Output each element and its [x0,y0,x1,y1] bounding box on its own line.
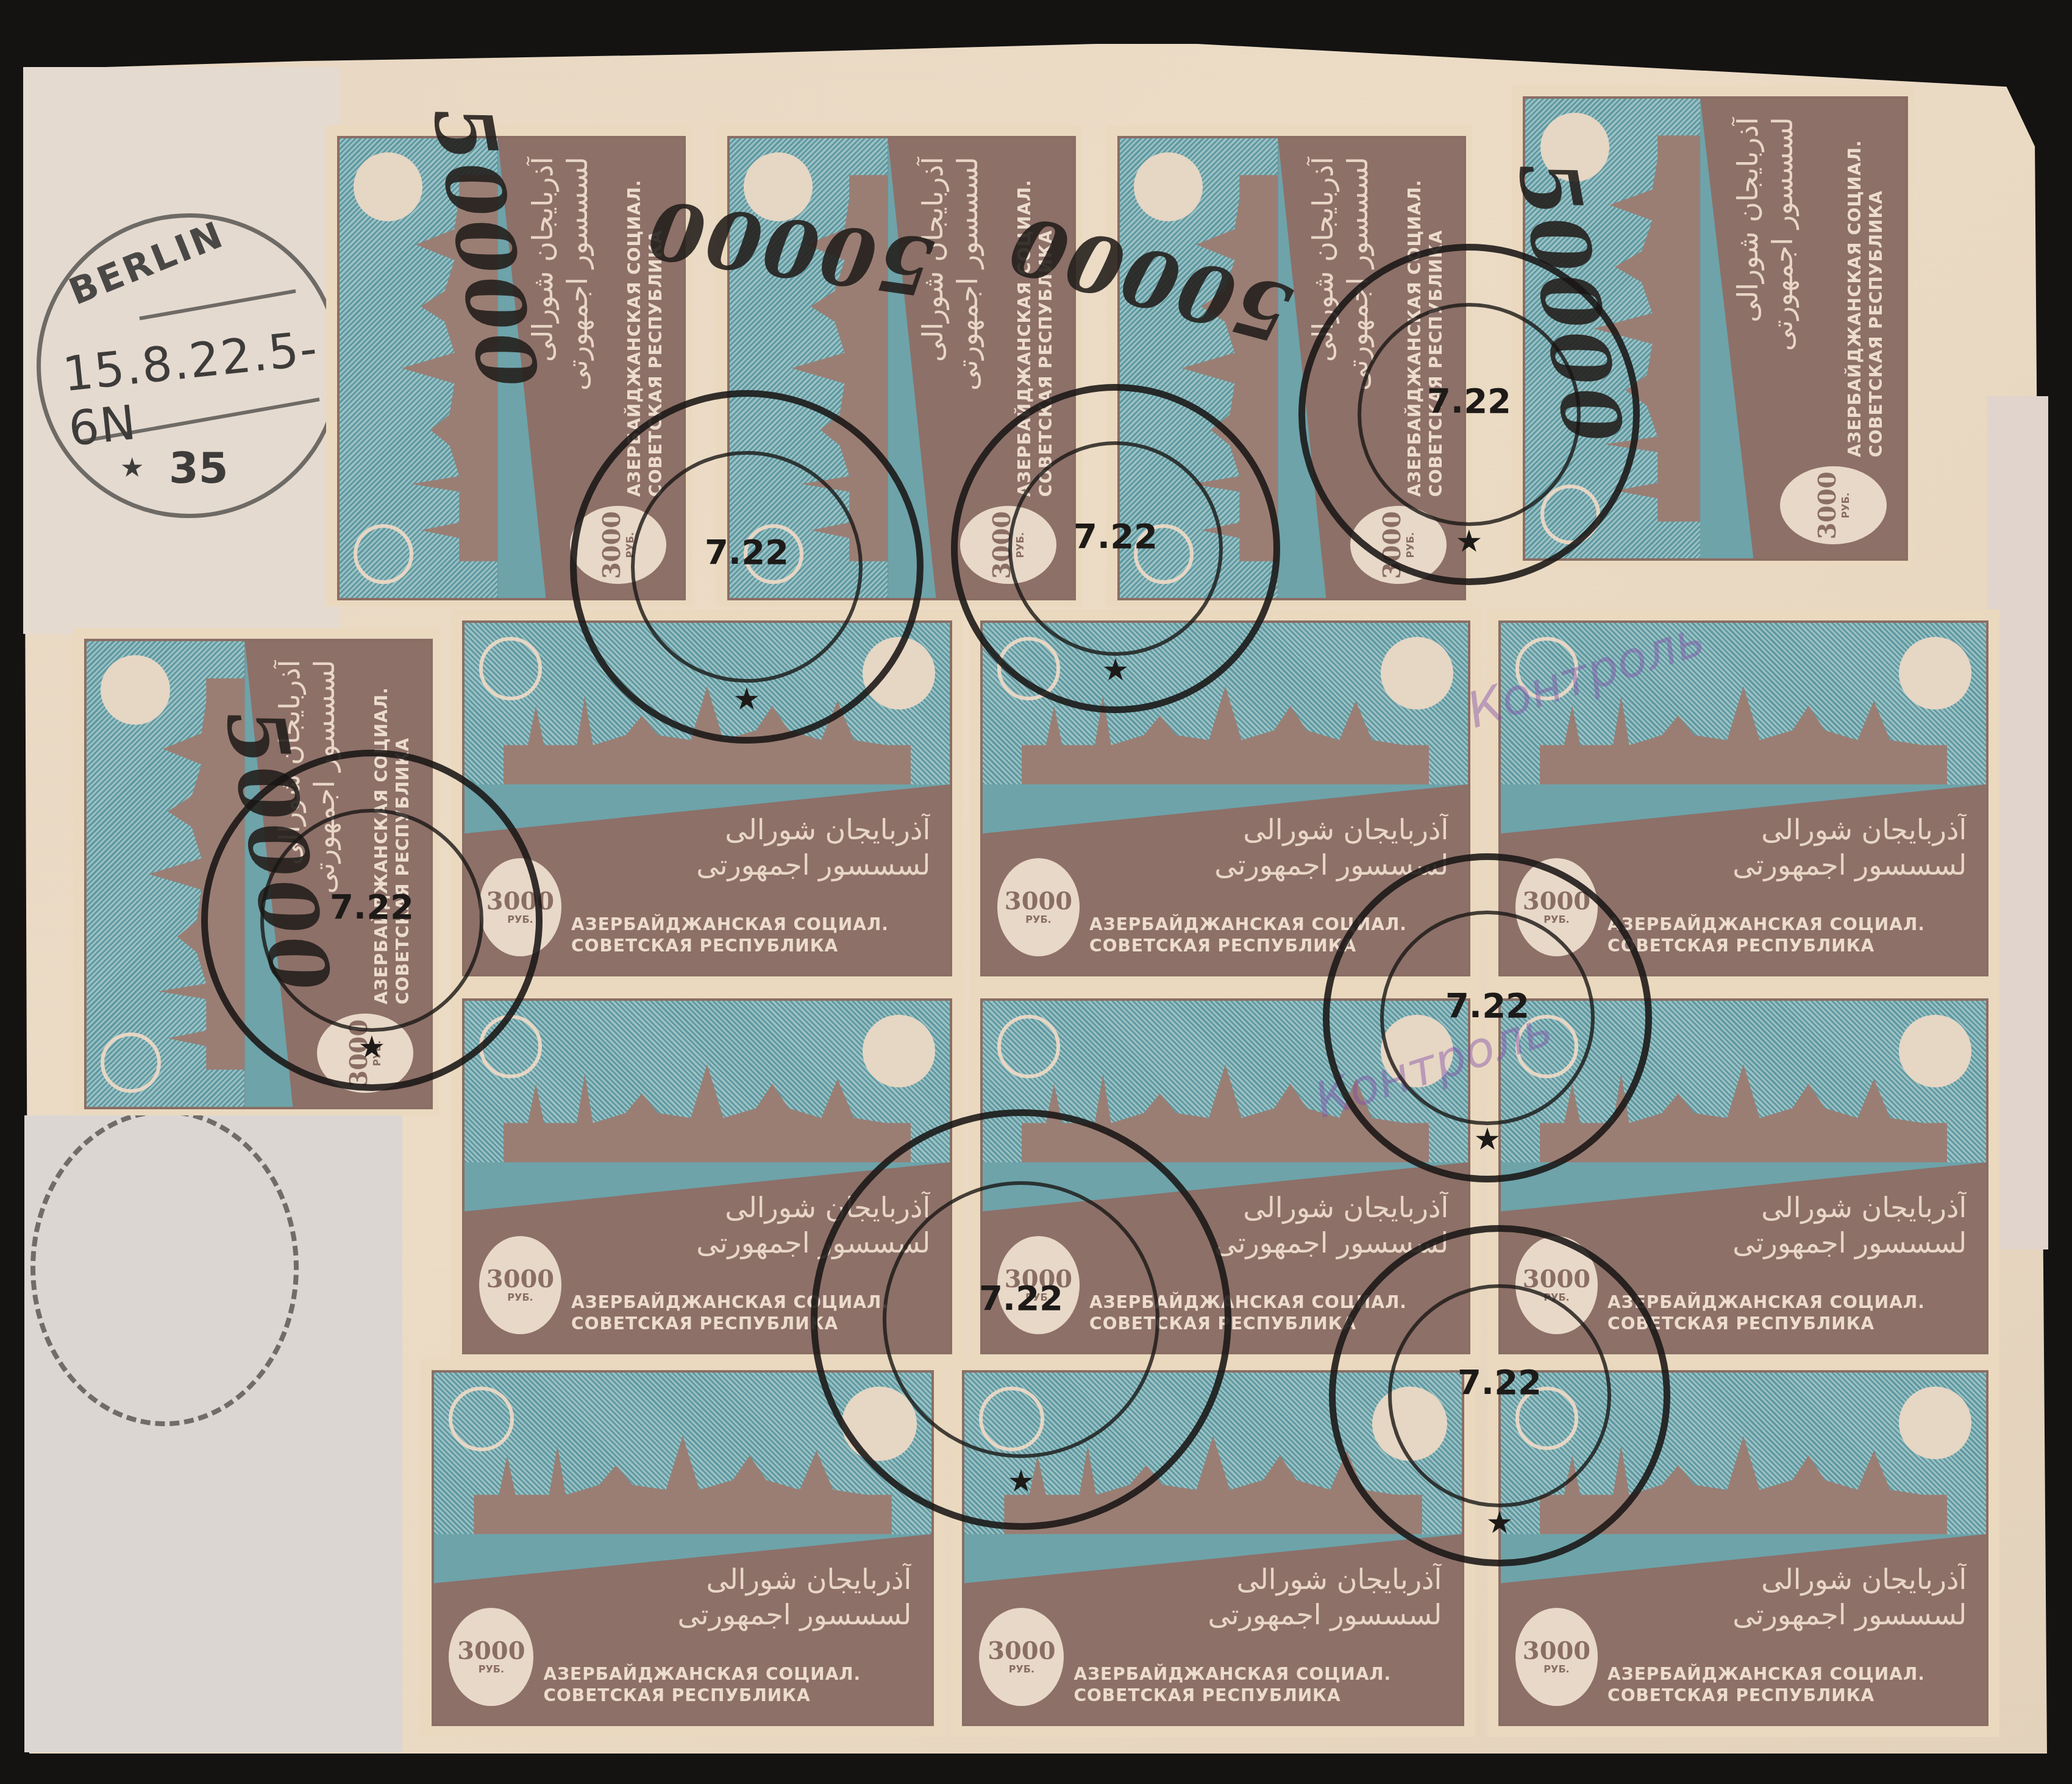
currency: РУБ. [479,1663,504,1675]
crescent-star-icon [997,1015,1060,1078]
crescent-star-icon [479,637,542,700]
denomination: 3000 [1523,1639,1590,1663]
currency: РУБ. [507,1292,533,1303]
arabic-inscription: آذربایجان شورالیلسسسور اجمهورتی [1089,812,1448,883]
star-icon: ★ [1330,1121,1645,1157]
baku-cancel: 7.22 ★ [951,384,1280,713]
crescent-star-icon [449,1387,513,1451]
cancel-date: 7.22 [1305,382,1633,421]
cyrillic-inscription: АЗЕРБАЙДЖАНСКАЯ СОЦИАЛ.СОВЕТСКАЯ РЕСПУБЛ… [1607,914,1971,956]
denomination: 3000 [1815,472,1840,539]
cancel-date: 7.22 [1330,986,1645,1026]
baku-cancel: 7.22 ★ [570,390,924,744]
arabic-inscription: آذربایجان شورالیلسسسور اجمهورتی [1607,1190,1967,1260]
arabic-inscription: آذربایجان شورالیلسسسور اجمهورتی [571,812,930,883]
cancel-date: 7.22 [208,887,536,927]
star-icon: ★ [958,652,1273,688]
faint-cancel [30,1109,299,1426]
cancel-inner-ring [883,1181,1159,1458]
star-icon: ★ [577,681,917,717]
corner-value-oval [863,1015,935,1087]
baku-cancel: 7.22 ★ [1298,244,1640,585]
currency: РУБ. [1009,1663,1034,1675]
cancel-date: 7.22 [577,533,917,572]
baku-cancel: 7.22 ★ [811,1109,1231,1530]
cyrillic-inscription: АЗЕРБАЙДЖАНСКАЯ СОЦИАЛ.СОВЕТСКАЯ РЕСПУБЛ… [1607,1663,1971,1706]
denomination-oval: 3000 РУБ. [1515,1608,1598,1706]
corner-value-oval [1899,1387,1971,1459]
corner-value-oval [101,655,171,725]
baku-cancel: 7.22 ★ [1329,1225,1670,1566]
corner-value-oval [1899,637,1971,709]
star-icon: ★ [1305,524,1633,559]
denomination: 3000 [1005,889,1072,914]
star-icon: ★ [120,452,144,483]
denomination-oval: 3000 РУБ. [1780,466,1887,544]
cyrillic-inscription: АЗЕРБАЙДЖАНСКАЯ СОЦИАЛ.СОВЕТСКАЯ РЕСПУБЛ… [1074,1663,1447,1706]
denomination: 3000 [988,1639,1055,1663]
cancel-date: 7.22 [817,1279,1225,1318]
denomination: 3000 [457,1639,525,1663]
berlin-postmark: BERLIN 15.8.22.5-6N ★ 35 [37,213,341,518]
baku-cancel: 7.22 ★ [201,750,543,1091]
arabic-inscription: آذربایجان شورالیلسسسور اجمهورتی [544,1562,912,1632]
star-icon: ★ [208,1029,536,1065]
currency: РУБ. [1025,914,1051,925]
berlin-postmark-district: 35 [169,443,228,493]
arabic-inscription: آذربایجان شورالیلسسسور اجمهورتی [1607,812,1967,883]
currency: РУБ. [1840,492,1851,518]
currency: РУБ. [1543,1663,1569,1675]
postmark-bar [139,289,296,320]
corner-value-oval [1381,637,1453,709]
cyrillic-inscription: АЗЕРБАЙДЖАНСКАЯ СОЦИАЛ.СОВЕТСКАЯ РЕСПУБЛ… [1844,113,1887,458]
corner-value-oval [354,152,422,221]
arabic-inscription: آذربایجان شورالیلسسسور اجمهورتی [1074,1562,1442,1632]
corner-value-oval [1899,1015,1971,1087]
star-icon: ★ [1336,1505,1664,1540]
crescent-star-icon [354,524,413,584]
denomination-oval: 3000 РУБ. [449,1608,533,1706]
crescent-star-icon [101,1032,161,1093]
denomination-oval: 3000 РУБ. [979,1608,1064,1706]
cancel-date: 7.22 [958,517,1273,556]
denomination-oval: 3000 РУБ. [997,858,1080,956]
arabic-inscription: آذربایجان شورالیلسسسور اجمهورتی [916,157,986,497]
cancel-date: 7.22 [1336,1363,1664,1402]
denomination: 3000 [486,1267,554,1292]
denomination-oval: 3000 РУБ. [479,1236,561,1334]
arabic-inscription: آذربایجان شورالیلسسسور اجمهورتی [1731,117,1801,457]
cyrillic-inscription: АЗЕРБАЙДЖАНСКАЯ СОЦИАЛ.СОВЕТСКАЯ РЕСПУБЛ… [544,1663,917,1706]
cyrillic-inscription: АЗЕРБАЙДЖАНСКАЯ СОЦИАЛ.СОВЕТСКАЯ РЕСПУБЛ… [571,914,935,956]
star-icon: ★ [817,1463,1225,1499]
corner-value-oval [1134,152,1203,221]
baku-cancel: 7.22 ★ [1323,853,1652,1182]
cyrillic-inscription: АЗЕРБАЙДЖАНСКАЯ СОЦИАЛ.СОВЕТСКАЯ РЕСПУБЛ… [1607,1292,1971,1334]
arabic-inscription: آذربایجان شورالیلسسسور اجمهورتی [1607,1562,1967,1632]
